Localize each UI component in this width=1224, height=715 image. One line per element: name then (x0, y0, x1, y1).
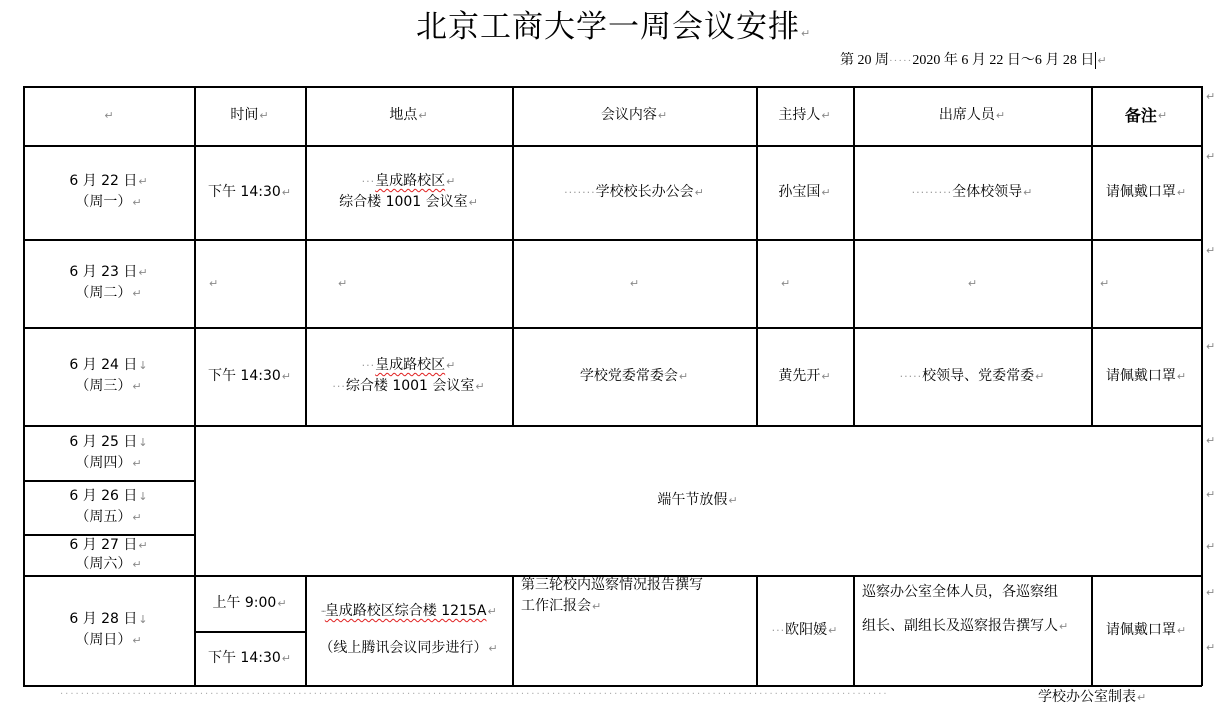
paragraph-mark-icon: ↵ (1206, 340, 1215, 353)
date-text: 6 月 27 日 (69, 537, 137, 553)
host-cell[interactable]: 孙宝国↵ (756, 145, 853, 239)
date-text: 6 月 26 日 (69, 488, 137, 504)
paragraph-mark-icon: ↵ (138, 539, 147, 552)
content-cell[interactable]: 学校党委常委会↵ (512, 327, 756, 425)
host-text: 欧阳媛 (785, 620, 827, 641)
content-text: 学校党委常委会 (580, 366, 678, 387)
time-text: 下午 14:30 (208, 182, 281, 203)
host-cell[interactable]: 黄先开↵ (756, 327, 853, 425)
paragraph-mark-icon: ↵ (104, 105, 113, 126)
time-cell-pm[interactable]: 下午 14:30↵ (194, 631, 305, 685)
attendees-cell[interactable]: ·········全体校领导↵ (853, 145, 1091, 239)
paragraph-mark-icon: ↵ (821, 105, 830, 126)
paragraph-mark-icon: ↵ (1097, 54, 1106, 67)
dot-leader: ······· (564, 182, 595, 203)
location-cell[interactable]: ···皇成路校区综合楼 1215A↵ （线上腾讯会议同步进行）↵ (305, 575, 512, 685)
paragraph-mark-icon: ↵ (1206, 540, 1215, 553)
week-label: 第 20 周 (840, 53, 889, 68)
location-line1: 皇成路校区综合楼 1215A (325, 603, 487, 619)
table-row-date[interactable]: 6 月 23 日↵ （周二）↵ (23, 239, 194, 327)
paragraph-mark-icon: ↵ (487, 605, 496, 618)
content-text: 学校校长办公会 (596, 182, 694, 203)
header-label: 会议内容 (601, 105, 657, 126)
paragraph-mark-icon: ↵ (132, 511, 141, 524)
remark-text: 请佩戴口罩 (1106, 182, 1176, 203)
paragraph-mark-icon: ↵ (282, 648, 291, 669)
line-break-icon: ↓ (138, 490, 147, 503)
table-row-date[interactable]: 6 月 28 日↓ （周日）↵ (23, 575, 194, 685)
location-line1: 皇成路校区 (375, 173, 445, 189)
host-cell[interactable]: ↵ (756, 239, 853, 327)
attendees-cell[interactable]: ↵ (853, 239, 1091, 327)
paragraph-mark-icon: ↵ (132, 558, 141, 571)
remark-text: 请佩戴口罩 (1106, 620, 1176, 641)
paragraph-mark-icon: ↵ (1206, 641, 1215, 654)
content-line2: 工作汇报会 (521, 598, 591, 614)
date-range: 2020 年 6 月 22 日～6 月 28 日 (912, 53, 1094, 68)
table-border-bottom (23, 685, 1202, 687)
paragraph-mark-icon: ↵ (801, 27, 811, 40)
location-cell[interactable]: ···皇成路校区↵ 综合楼 1001 会议室↵ (305, 145, 512, 239)
dot-leader: ··· (332, 380, 346, 393)
header-cell-remark[interactable]: 备注↵ (1091, 86, 1201, 145)
paragraph-mark-icon: ↵ (679, 366, 688, 387)
paragraph-mark-icon: ↵ (1023, 182, 1032, 203)
dot-leader: ··· (362, 175, 376, 188)
paragraph-mark-icon: ↵ (1206, 586, 1215, 599)
weekday-text: （周六） (75, 556, 131, 572)
time-text: 下午 14:30 (208, 366, 281, 387)
time-text: 上午 9:00 (212, 593, 276, 614)
header-cell-host[interactable]: 主持人↵ (756, 86, 853, 145)
attendees-cell[interactable]: ·····校领导、党委常委↵ (853, 327, 1091, 425)
time-text: 下午 14:30 (208, 648, 281, 669)
host-text: 孙宝国 (778, 182, 820, 203)
content-line1: 第三轮校内巡察情况报告撰写 (521, 577, 703, 593)
table-row-date[interactable]: 6 月 26 日↓ （周五）↵ (23, 480, 194, 534)
date-text: 6 月 22 日 (69, 173, 137, 189)
paragraph-mark-icon: ↵ (996, 105, 1005, 126)
paragraph-mark-icon: ↵ (968, 273, 977, 294)
paragraph-mark-icon: ↵ (132, 287, 141, 300)
paragraph-mark-icon: ↵ (1137, 691, 1146, 704)
remark-cell[interactable]: 请佩戴口罩↵ (1091, 145, 1201, 239)
paragraph-mark-icon: ↵ (132, 196, 141, 209)
footer-signature: 学校办公室制表↵ (1038, 686, 1146, 706)
table-row-date[interactable]: 6 月 27 日↵ （周六）↵ (23, 534, 194, 575)
paragraph-mark-icon: ↵ (132, 634, 141, 647)
location-cell[interactable]: ···皇成路校区↵ ···综合楼 1001 会议室↵ (305, 327, 512, 425)
dot-leader: ··· (772, 620, 786, 641)
title-text: 北京工商大学一周会议安排 (416, 9, 800, 45)
paragraph-mark-icon: ↵ (1100, 273, 1109, 294)
paragraph-mark-icon: ↵ (1177, 182, 1186, 203)
location-line1: 皇成路校区 (375, 357, 445, 373)
footer-text: 学校办公室制表 (1038, 689, 1136, 705)
paragraph-mark-icon: ↵ (1177, 620, 1186, 641)
time-cell[interactable]: 下午 14:30↵ (194, 327, 305, 425)
attendees-line1: 巡察办公室全体人员，各巡察组 (862, 584, 1058, 600)
attendees-cell[interactable]: 巡察办公室全体人员，各巡察组 组长、副组长及巡察报告撰写人↵ (853, 575, 1091, 685)
location-line2: 综合楼 1001 会议室 (339, 194, 468, 210)
remark-cell[interactable]: ↵ (1091, 239, 1201, 327)
table-border-right (1201, 86, 1203, 686)
holiday-note: 端午节放假 (657, 490, 727, 511)
paragraph-mark-icon: ↵ (1059, 620, 1068, 633)
paragraph-mark-icon: ↵ (821, 182, 830, 203)
attendees-line2: 组长、副组长及巡察报告撰写人 (862, 618, 1058, 634)
paragraph-mark-icon: ↵ (282, 182, 291, 203)
content-cell[interactable]: 第三轮校内巡察情况报告撰写 工作汇报会↵ (512, 575, 756, 685)
paragraph-mark-icon: ↵ (259, 105, 268, 126)
line-break-icon: ↓ (138, 613, 147, 626)
paragraph-mark-icon: ↵ (1206, 244, 1215, 257)
header-label: 备注 (1125, 105, 1157, 126)
paragraph-mark-icon: ↵ (132, 457, 141, 470)
paragraph-mark-icon: ↵ (446, 175, 455, 188)
paragraph-mark-icon: ↵ (658, 105, 667, 126)
paragraph-mark-icon: ↵ (1206, 434, 1215, 447)
content-cell[interactable]: ·······学校校长办公会↵ (512, 145, 756, 239)
attendees-text: 校领导、党委常委 (922, 366, 1034, 387)
date-text: 6 月 28 日 (69, 611, 137, 627)
date-text: 6 月 24 日 (69, 357, 137, 373)
header-label: 主持人 (778, 105, 820, 126)
remark-text: 请佩戴口罩 (1106, 366, 1176, 387)
header-label: 时间 (230, 105, 258, 126)
weekday-text: （周二） (75, 285, 131, 301)
weekday-text: （周五） (75, 509, 131, 525)
paragraph-mark-icon: ↵ (781, 273, 790, 294)
location-line2: 综合楼 1001 会议室 (346, 378, 475, 394)
paragraph-mark-icon: ↵ (446, 359, 455, 372)
remark-cell[interactable]: 请佩戴口罩↵ (1091, 575, 1201, 685)
line-break-icon: ↓ (138, 359, 147, 372)
paragraph-mark-icon: ↵ (828, 620, 837, 641)
paragraph-mark-icon: ↵ (418, 105, 427, 126)
paragraph-mark-icon: ↵ (821, 366, 830, 387)
paragraph-mark-icon: ↵ (132, 380, 141, 393)
time-cell[interactable]: ↵ (194, 239, 305, 327)
weekday-text: （周三） (75, 378, 131, 394)
paragraph-mark-icon: ↵ (1206, 150, 1215, 163)
paragraph-mark-icon: ↵ (277, 593, 286, 614)
content-cell[interactable]: ↵ (512, 239, 756, 327)
paragraph-mark-icon: ↵ (138, 175, 147, 188)
table-row-date[interactable]: 6 月 25 日↓ （周四）↵ (23, 425, 194, 480)
header-cell-content[interactable]: 会议内容↵ (512, 86, 756, 145)
paragraph-mark-icon: ↵ (338, 273, 347, 294)
header-label: 地点 (389, 105, 417, 126)
paragraph-mark-icon: ↵ (282, 366, 291, 387)
header-cell-attendees[interactable]: 出席人员↵ (853, 86, 1091, 145)
paragraph-mark-icon: ↵ (475, 380, 484, 393)
paragraph-mark-icon: ↵ (1206, 488, 1215, 501)
host-text: 黄先开 (778, 366, 820, 387)
paragraph-mark-icon: ↵ (728, 490, 737, 511)
footer-dot-leader: ········································… (60, 689, 1035, 701)
header-cell-location[interactable]: 地点↵ (305, 86, 512, 145)
holiday-cell[interactable]: 端午节放假↵ (194, 425, 1201, 575)
header-cell-time[interactable]: 时间↵ (194, 86, 305, 145)
paragraph-mark-icon: ↵ (1206, 90, 1215, 103)
table-row-date[interactable]: 6 月 22 日↵ （周一）↵ (23, 145, 194, 239)
dot-leader: ··· (362, 359, 376, 372)
line-break-icon: ↓ (138, 436, 147, 449)
header-cell-blank[interactable]: ↵ (23, 86, 194, 145)
week-subtitle: 第 20 周·····2020 年 6 月 22 日～6 月 28 日↵ (840, 49, 1107, 69)
paragraph-mark-icon: ↵ (1177, 366, 1186, 387)
dot-leader: ········· (912, 182, 952, 203)
document-title: 北京工商大学一周会议安排↵ (416, 6, 811, 55)
weekday-text: （周四） (75, 455, 131, 471)
paragraph-mark-icon: ↵ (592, 600, 601, 613)
remark-cell[interactable]: 请佩戴口罩↵ (1091, 327, 1201, 425)
time-cell-am[interactable]: 上午 9:00↵ (194, 575, 305, 631)
header-label: 出席人员 (939, 105, 995, 126)
paragraph-mark-icon: ↵ (488, 642, 497, 655)
weekday-text: （周一） (75, 194, 131, 210)
paragraph-mark-icon: ↵ (630, 273, 639, 294)
paragraph-mark-icon: ↵ (138, 266, 147, 279)
date-text: 6 月 25 日 (69, 434, 137, 450)
paragraph-mark-icon: ↵ (469, 196, 478, 209)
paragraph-mark-icon: ↵ (209, 273, 218, 294)
paragraph-mark-icon: ↵ (1035, 366, 1044, 387)
dot-leader: ····· (889, 55, 912, 67)
host-cell[interactable]: ···欧阳媛↵ (756, 575, 853, 685)
weekday-text: （周日） (75, 632, 131, 648)
attendees-text: 全体校领导 (952, 182, 1022, 203)
location-line2: （线上腾讯会议同步进行） (319, 640, 487, 656)
table-row-date[interactable]: 6 月 24 日↓ （周三）↵ (23, 327, 194, 425)
paragraph-mark-icon: ↵ (695, 182, 704, 203)
paragraph-mark-icon: ↵ (1158, 105, 1167, 126)
date-text: 6 月 23 日 (69, 264, 137, 280)
dot-leader: ····· (900, 366, 922, 387)
location-cell[interactable]: ↵ (305, 239, 512, 327)
time-cell[interactable]: 下午 14:30↵ (194, 145, 305, 239)
